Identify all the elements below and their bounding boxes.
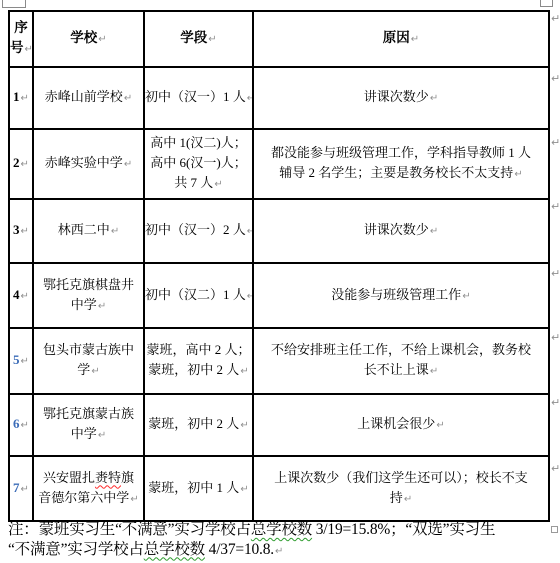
row-number: 4: [13, 287, 20, 302]
footnote-text: 注：蒙班实习生“不满意”实习学校占: [8, 521, 251, 538]
school-name: 兴安盟扎: [43, 470, 95, 485]
paragraph-mark-icon: ↵: [21, 226, 29, 237]
paragraph-mark-icon: ↵: [514, 169, 522, 180]
row-end-mark-icon: ↵: [551, 136, 560, 149]
table-row: 6↵ 鄂托克旗蒙古族 中学↵ 蒙班，初中 2 人↵ 上课机会很少↵: [9, 394, 549, 456]
row-end-mark-icon: ↵: [551, 12, 560, 25]
header-school-label: 学校: [70, 30, 97, 45]
header-stage: 学段↵: [144, 11, 253, 67]
row-number: 5: [13, 352, 20, 367]
table-header-row: 序 号↵ 学校↵ 学段↵ 原因↵: [9, 11, 549, 67]
row-end-mark-icon: ↵: [551, 462, 560, 475]
cell-no: 4↵: [9, 263, 33, 328]
cell-school: 赤峰实验中学↵: [33, 129, 144, 199]
paragraph-mark-icon: ↵: [21, 159, 29, 170]
cell-reason: 没能参与班级管理工作↵: [253, 263, 549, 328]
reason-text: 不给安排班主任工作，不给上课机会，教务校 长不让上课: [271, 342, 531, 377]
header-no: 序 号↵: [9, 11, 33, 67]
cell-school: 鄂托克旗蒙古族 中学↵: [33, 394, 144, 456]
table-row: 7↵ 兴安盟扎赉特旗 音德尔第六中学↵ 蒙班，初中 1 人↵ 上课次数少（我们这…: [9, 456, 549, 521]
header-stage-label: 学段: [180, 30, 207, 45]
table-row: 4↵ 鄂托克旗棋盘井 中学↵ 初中（汉二）1 人↵ 没能参与班级管理工作↵: [9, 263, 549, 328]
paragraph-mark-icon: ↵: [462, 291, 470, 302]
reason-text: 讲课次数少: [364, 89, 429, 104]
cell-no: 2↵: [9, 129, 33, 199]
row-end-mark-icon: ↵: [551, 200, 560, 213]
school-name: 包头市蒙古族中 学: [43, 342, 134, 377]
paragraph-mark-icon: ↵: [240, 420, 248, 431]
cell-stage: 初中（汉二）1 人↵: [144, 263, 253, 328]
cell-stage: 初中（汉一）1 人↵: [144, 67, 253, 129]
paragraph-mark-icon: ↵: [98, 430, 106, 441]
paragraph-mark-icon: ↵: [21, 291, 29, 302]
school-name: 鄂托克旗蒙古族 中学: [43, 406, 134, 441]
paragraph-mark-icon: ↵: [430, 93, 438, 104]
paragraph-mark-icon: ↵: [208, 34, 216, 45]
paragraph-mark-icon: ↵: [98, 301, 106, 312]
header-school: 学校↵: [33, 11, 144, 67]
paragraph-mark-icon: ↵: [98, 34, 106, 45]
cropped-handle-fragment-right: [540, 0, 553, 7]
paragraph-mark-icon: ↵: [404, 494, 412, 505]
cell-school: 包头市蒙古族中 学↵: [33, 328, 144, 394]
footnote-text: 4/37=10.8.: [205, 541, 274, 558]
paragraph-mark-icon: ↵: [214, 179, 222, 190]
row-end-mark-icon: ↵: [551, 396, 560, 409]
school-name-spellcheck: 赉特: [95, 470, 121, 485]
paragraph-mark-icon: ↵: [124, 159, 132, 170]
row-number: 6: [13, 416, 20, 431]
cropped-handle-fragment-left: [2, 0, 26, 8]
cell-reason: 上课机会很少↵: [253, 394, 549, 456]
header-reason-label: 原因: [383, 30, 410, 45]
cell-no: 7↵: [9, 456, 33, 521]
paragraph-mark-icon: ↵: [430, 226, 438, 237]
school-feedback-table: 序 号↵ 学校↵ 学段↵ 原因↵ 1↵ 赤峰山前学校↵ 初中（汉一）1 人↵ 讲…: [8, 10, 550, 522]
school-name: 鄂托克旗棋盘井 中学: [43, 277, 134, 312]
reason-text: 没能参与班级管理工作: [331, 287, 461, 302]
cell-school: 鄂托克旗棋盘井 中学↵: [33, 263, 144, 328]
stage-text: 蒙班，初中 1 人: [148, 480, 239, 495]
stage-text: 初中（汉一）2 人: [145, 222, 246, 237]
paragraph-mark-icon: ↵: [111, 226, 119, 237]
paragraph-mark-icon: ↵: [124, 93, 132, 104]
row-end-mark-icon: ↵: [551, 72, 560, 85]
table-row: 2↵ 赤峰实验中学↵ 高中 1(汉二)人； 高中 6(汉一)人； 共 7 人↵ …: [9, 129, 549, 199]
paragraph-mark-icon: ↵: [21, 356, 29, 367]
stage-text: 蒙班，高中 2 人； 蒙班，初中 2 人: [146, 342, 250, 377]
table-row: 1↵ 赤峰山前学校↵ 初中（汉一）1 人↵ 讲课次数少↵: [9, 67, 549, 129]
paragraph-mark-icon: ↵: [21, 93, 29, 104]
footnote-grammar-flag: 总学校数: [144, 541, 205, 558]
table-row: 3↵ 林西二中↵ 初中（汉一）2 人↵ 讲课次数少↵: [9, 199, 549, 263]
row-number: 7: [13, 480, 20, 495]
table-row: 5↵ 包头市蒙古族中 学↵ 蒙班，高中 2 人； 蒙班，初中 2 人↵ 不给安排…: [9, 328, 549, 394]
reason-text: 上课机会很少: [357, 416, 435, 431]
school-name: 赤峰实验中学: [45, 155, 123, 170]
reason-text: 都没能参与班级管理工作，学科指导教师 1 人 辅导 2 名学生；主要是教务校长不…: [271, 145, 531, 180]
cell-stage: 高中 1(汉二)人； 高中 6(汉一)人； 共 7 人↵: [144, 129, 253, 199]
paragraph-mark-icon: ↵: [275, 546, 283, 557]
cell-stage: 蒙班，初中 2 人↵: [144, 394, 253, 456]
paragraph-mark-icon: ↵: [430, 366, 438, 377]
line-break-square-mark: [551, 526, 558, 533]
word-document-page: 序 号↵ 学校↵ 学段↵ 原因↵ 1↵ 赤峰山前学校↵ 初中（汉一）1 人↵ 讲…: [0, 0, 560, 563]
cell-school: 林西二中↵: [33, 199, 144, 263]
cell-reason: 不给安排班主任工作，不给上课机会，教务校 长不让上课↵: [253, 328, 549, 394]
cell-reason: 讲课次数少↵: [253, 67, 549, 129]
cell-no: 6↵: [9, 394, 33, 456]
stage-text: 初中（汉一）1 人: [145, 89, 246, 104]
cell-stage: 蒙班，初中 1 人↵: [144, 456, 253, 521]
row-number: 1: [13, 89, 20, 104]
row-number: 2: [13, 155, 20, 170]
paragraph-mark-icon: ↵: [240, 366, 248, 377]
cell-no: 1↵: [9, 67, 33, 129]
cell-school: 兴安盟扎赉特旗 音德尔第六中学↵: [33, 456, 144, 521]
stage-text: 初中（汉二）1 人: [145, 287, 246, 302]
row-number: 3: [13, 222, 20, 237]
reason-text: 讲课次数少: [364, 222, 429, 237]
reason-text: 上课次数少（我们这学生还可以）；校长不支 持: [274, 470, 528, 505]
row-end-mark-icon: ↵: [551, 267, 560, 280]
cell-stage: 蒙班，高中 2 人； 蒙班，初中 2 人↵: [144, 328, 253, 394]
footnote-grammar-flag: 总学校数: [251, 521, 312, 538]
paragraph-mark-icon: ↵: [130, 494, 138, 505]
cell-no: 3↵: [9, 199, 33, 263]
paragraph-mark-icon: ↵: [21, 484, 29, 495]
cell-reason: 讲课次数少↵: [253, 199, 549, 263]
paragraph-mark-icon: ↵: [240, 484, 248, 495]
cell-no: 5↵: [9, 328, 33, 394]
school-name: 林西二中: [58, 222, 110, 237]
stage-text: 高中 1(汉二)人； 高中 6(汉一)人； 共 7 人: [150, 135, 246, 190]
paragraph-mark-icon: ↵: [91, 366, 99, 377]
paragraph-mark-icon: ↵: [411, 34, 419, 45]
row-end-mark-icon: ↵: [551, 331, 560, 344]
cell-school: 赤峰山前学校↵: [33, 67, 144, 129]
school-name: 赤峰山前学校: [45, 89, 123, 104]
paragraph-mark-icon: ↵: [25, 44, 33, 55]
cell-reason: 都没能参与班级管理工作，学科指导教师 1 人 辅导 2 名学生；主要是教务校长不…: [253, 129, 549, 199]
paragraph-mark-icon: ↵: [21, 420, 29, 431]
cell-stage: 初中（汉一）2 人↵: [144, 199, 253, 263]
paragraph-mark-icon: ↵: [436, 420, 444, 431]
footnote: 注：蒙班实习生“不满意”实习学校占总学校数 3/19=15.8%；“双选”实习生…: [8, 520, 558, 561]
stage-text: 蒙班，初中 2 人: [148, 416, 239, 431]
cell-reason: 上课次数少（我们这学生还可以）；校长不支 持↵: [253, 456, 549, 521]
header-reason: 原因↵: [253, 11, 549, 67]
